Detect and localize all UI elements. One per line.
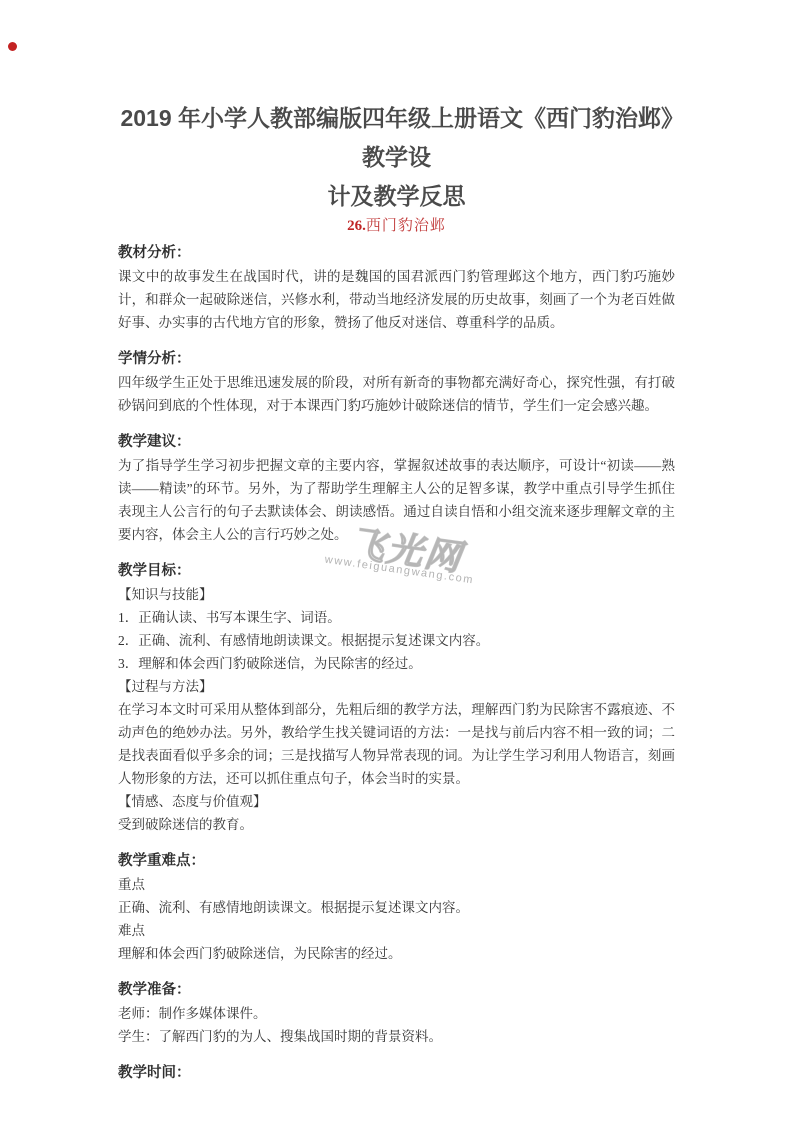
section-heading: 教学重难点： — [118, 850, 675, 873]
key-point-label: 重点 — [118, 873, 675, 896]
objective-category-label: 【情感、态度与价值观】 — [118, 790, 675, 813]
section-heading: 教学准备： — [118, 979, 675, 1002]
section-paragraph: 在学习本文时可采用从整体到部分，先粗后细的教学方法，理解西门豹为民除害不露痕迹、… — [118, 698, 675, 790]
red-dot-marker — [8, 42, 17, 51]
section-learner-analysis: 学情分析： 四年级学生正处于思维迅速发展的阶段，对所有新奇的事物都充满好奇心，探… — [118, 348, 675, 417]
difficult-point-text: 理解和体会西门豹破除迷信，为民除害的经过。 — [118, 942, 675, 965]
objective-item: 2．正确、流利、有感情地朗读课文。根据提示复述课文内容。 — [118, 629, 675, 652]
section-heading: 教材分析： — [118, 242, 675, 265]
section-key-difficult-points: 教学重难点： 重点 正确、流利、有感情地朗读课文。根据提示复述课文内容。 难点 … — [118, 850, 675, 965]
preparation-student: 学生：了解西门豹的为人、搜集战国时期的背景资料。 — [118, 1025, 675, 1048]
document-title-line-1: 2019 年小学人教部编版四年级上册语文《西门豹治邺》教学设 — [118, 99, 675, 177]
section-teaching-suggestions: 教学建议： 为了指导学生学习初步把握文章的主要内容，掌握叙述故事的表达顺序，可设… — [118, 431, 675, 546]
objective-category-label: 【过程与方法】 — [118, 675, 675, 698]
difficult-point-label: 难点 — [118, 919, 675, 942]
section-teaching-objectives: 教学目标： 【知识与技能】 1．正确认读、书写本课生字、词语。 2．正确、流利、… — [118, 560, 675, 836]
preparation-teacher: 老师：制作多媒体课件。 — [118, 1002, 675, 1025]
section-teaching-time: 教学时间： — [118, 1062, 675, 1085]
objective-category-label: 【知识与技能】 — [118, 583, 675, 606]
document-content: 2019 年小学人教部编版四年级上册语文《西门豹治邺》教学设 计及教学反思 26… — [0, 0, 793, 1085]
lesson-subtitle: 26.西门豹治邺 — [118, 216, 675, 237]
section-teaching-preparation: 教学准备： 老师：制作多媒体课件。 学生：了解西门豹的为人、搜集战国时期的背景资… — [118, 979, 675, 1048]
key-point-text: 正确、流利、有感情地朗读课文。根据提示复述课文内容。 — [118, 896, 675, 919]
section-paragraph: 为了指导学生学习初步把握文章的主要内容，掌握叙述故事的表达顺序，可设计“初读——… — [118, 454, 675, 546]
section-paragraph: 四年级学生正处于思维迅速发展的阶段，对所有新奇的事物都充满好奇心，探究性强，有打… — [118, 371, 675, 417]
section-heading: 学情分析： — [118, 348, 675, 371]
lesson-number: 26. — [347, 218, 366, 234]
section-textbook-analysis: 教材分析： 课文中的故事发生在战国时代，讲的是魏国的国君派西门豹管理邺这个地方，… — [118, 242, 675, 334]
objective-item: 1．正确认读、书写本课生字、词语。 — [118, 606, 675, 629]
document-title-line-2: 计及教学反思 — [118, 177, 675, 216]
lesson-name: 西门豹治邺 — [366, 218, 446, 234]
section-heading: 教学时间： — [118, 1062, 675, 1085]
section-heading: 教学目标： — [118, 560, 675, 583]
document-page: 飞光网 www.feiguangwang.com 2019 年小学人教部编版四年… — [0, 0, 793, 1122]
section-paragraph: 受到破除迷信的教育。 — [118, 813, 675, 836]
objective-item: 3．理解和体会西门豹破除迷信，为民除害的经过。 — [118, 652, 675, 675]
section-heading: 教学建议： — [118, 431, 675, 454]
section-paragraph: 课文中的故事发生在战国时代，讲的是魏国的国君派西门豹管理邺这个地方，西门豹巧施妙… — [118, 265, 675, 334]
